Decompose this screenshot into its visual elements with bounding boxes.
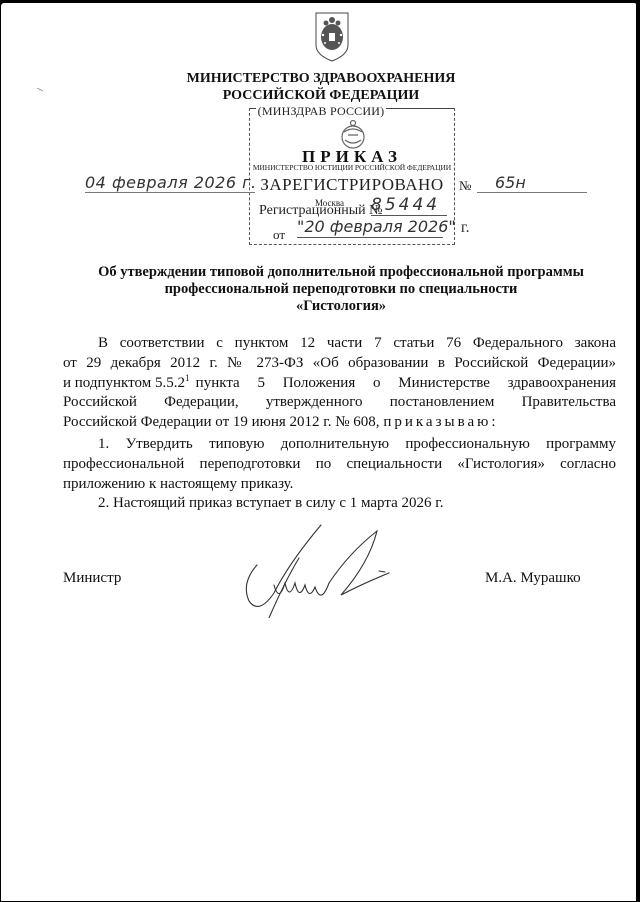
preamble-line: Российской Федерации от 19 июня 2012 г. … [63,413,616,433]
order-number-label: № [459,178,471,194]
preamble-ref: и подпунктом 5.5.2 [63,375,185,391]
ministry-name-line2: РОССИЙСКОЙ ФЕДЕРАЦИИ [1,87,640,104]
decree-word: приказываю: [383,414,498,430]
document-page: МИНИСТЕРСТВО ЗДРАВООХРАНЕНИЯ РОССИЙСКОЙ … [1,3,637,901]
stamp-date-value: "20 февраля 2026" [297,217,456,236]
preamble-paragraph: В соответствии с пунктом 12 части 7 стат… [63,334,616,433]
preamble-line: и подпунктом 5.5.21 пункта 5 Положения о… [63,374,616,394]
order-title-line1: Об утверждении типовой дополнительной пр… [61,264,621,281]
order-title: Об утверждении типовой дополнительной пр… [61,264,621,315]
item-2: 2. Настоящий приказ вступает в силу с 1 … [63,494,616,514]
preamble-line: В соответствии с пунктом 12 части 7 стат… [63,334,616,354]
footnote-superscript: 1 [185,373,190,383]
item-1: 1. Утвердить типовую дополнительную проф… [63,435,616,494]
stamp-issuer: МИНИСТЕРСТВО ЮСТИЦИИ РОССИЙСКОЙ ФЕДЕРАЦИ… [249,163,455,172]
stamp-status: ЗАРЕГИСТРИРОВАНО [249,175,455,195]
handwritten-signature-icon [229,523,409,618]
stamp-date-prefix: от [273,227,285,243]
russian-coat-of-arms-icon [314,11,350,63]
stamp-date-suffix: г. [461,219,470,236]
preamble-line: от 29 декабря 2012 г. № 273-ФЗ «Об образ… [63,354,616,374]
ministry-abbreviation: (МИНЗДРАВ РОССИИ) [1,104,640,119]
preamble-line: Российской Федерации, утвержденного пост… [63,393,616,413]
preamble-ref-cont: пункта 5 Положения о Министерстве здраво… [196,374,616,394]
signer-title: Министр [63,570,121,587]
ministry-abbreviation-text: (МИНЗДРАВ РОССИИ) [256,104,387,118]
order-number: 65н [477,173,587,193]
item-1-line: приложению к настоящему приказу. [63,475,616,495]
stamp-date: "20 февраля 2026" г. [297,217,443,238]
scan-border [636,0,640,902]
item-1-line: профессиональной переподготовки по специ… [63,455,616,475]
order-title-line3: «Гистология» [61,298,621,315]
order-date: 04 февраля 2026 г. [85,173,255,193]
preamble-line-text: Российской Федерации от 19 июня 2012 г. … [63,414,380,430]
ministry-name-line1: МИНИСТЕРСТВО ЗДРАВООХРАНЕНИЯ [1,70,640,87]
order-title-line2: профессиональной переподготовки по специ… [61,281,621,298]
stamp-reg-number: 85444 [371,195,447,216]
signer-name: М.А. Мурашко [485,570,581,587]
item-1-line: 1. Утвердить типовую дополнительную проф… [63,435,616,455]
